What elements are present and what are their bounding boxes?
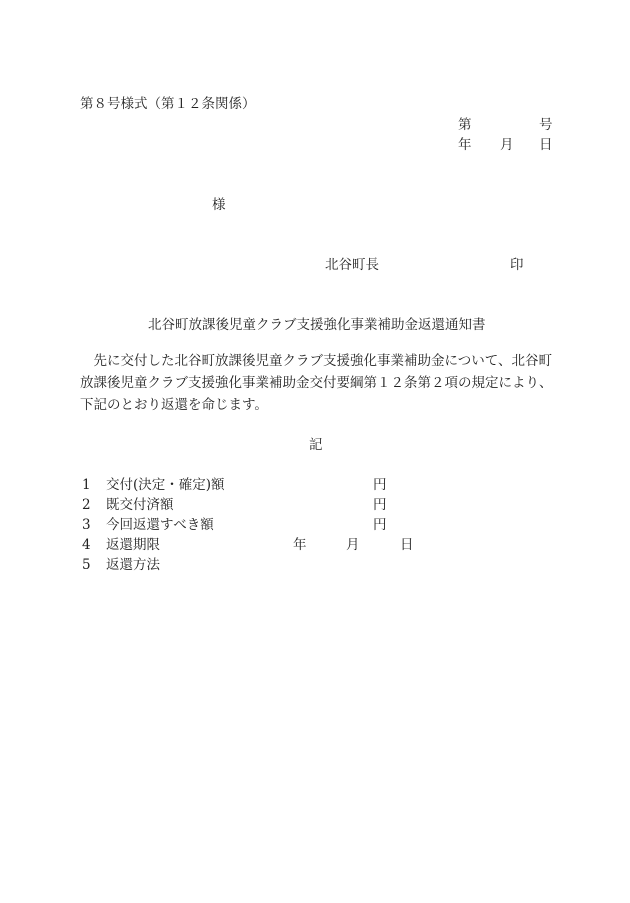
date-month: 月 xyxy=(500,137,514,153)
addressee-suffix: 様 xyxy=(212,197,226,213)
doc-number-suffix: 号 xyxy=(539,117,553,133)
item-number: 4 xyxy=(82,537,91,553)
document-title: 北谷町放課後児童クラブ支援強化事業補助金返還通知書 xyxy=(148,317,486,333)
seal-mark: 印 xyxy=(510,257,524,273)
deadline-month: 月 xyxy=(346,537,360,553)
doc-number-prefix: 第 xyxy=(458,117,472,133)
item-label: 今回返還すべき額 xyxy=(106,517,214,533)
item-label: 既交付済額 xyxy=(106,497,174,513)
body-line: 放課後児童クラブ支援強化事業補助金交付要綱第１２条第２項の規定により、 xyxy=(80,372,555,394)
item-number: 2 xyxy=(82,497,91,513)
ki-heading: 記 xyxy=(309,437,323,453)
item-number: 5 xyxy=(82,557,91,573)
body-line: 先に交付した北谷町放課後児童クラブ支援強化事業補助金について、北谷町 xyxy=(80,350,555,372)
issuer-name: 北谷町長 xyxy=(325,257,379,273)
item-label: 交付(決定・確定)額 xyxy=(106,477,225,493)
item-unit: 円 xyxy=(373,497,387,513)
item-label: 返還方法 xyxy=(106,557,160,573)
body-paragraph: 先に交付した北谷町放課後児童クラブ支援強化事業補助金について、北谷町 放課後児童… xyxy=(80,350,555,416)
item-unit: 円 xyxy=(373,517,387,533)
item-number: 1 xyxy=(82,477,91,493)
date-year: 年 xyxy=(458,137,472,153)
body-line: 下記のとおり返還を命じます。 xyxy=(80,394,555,416)
date-day: 日 xyxy=(539,137,553,153)
item-label: 返還期限 xyxy=(106,537,160,553)
item-unit: 円 xyxy=(373,477,387,493)
form-label: 第８号様式（第１２条関係） xyxy=(80,96,256,112)
deadline-day: 日 xyxy=(400,537,414,553)
item-number: 3 xyxy=(82,517,91,533)
deadline-year: 年 xyxy=(293,537,307,553)
